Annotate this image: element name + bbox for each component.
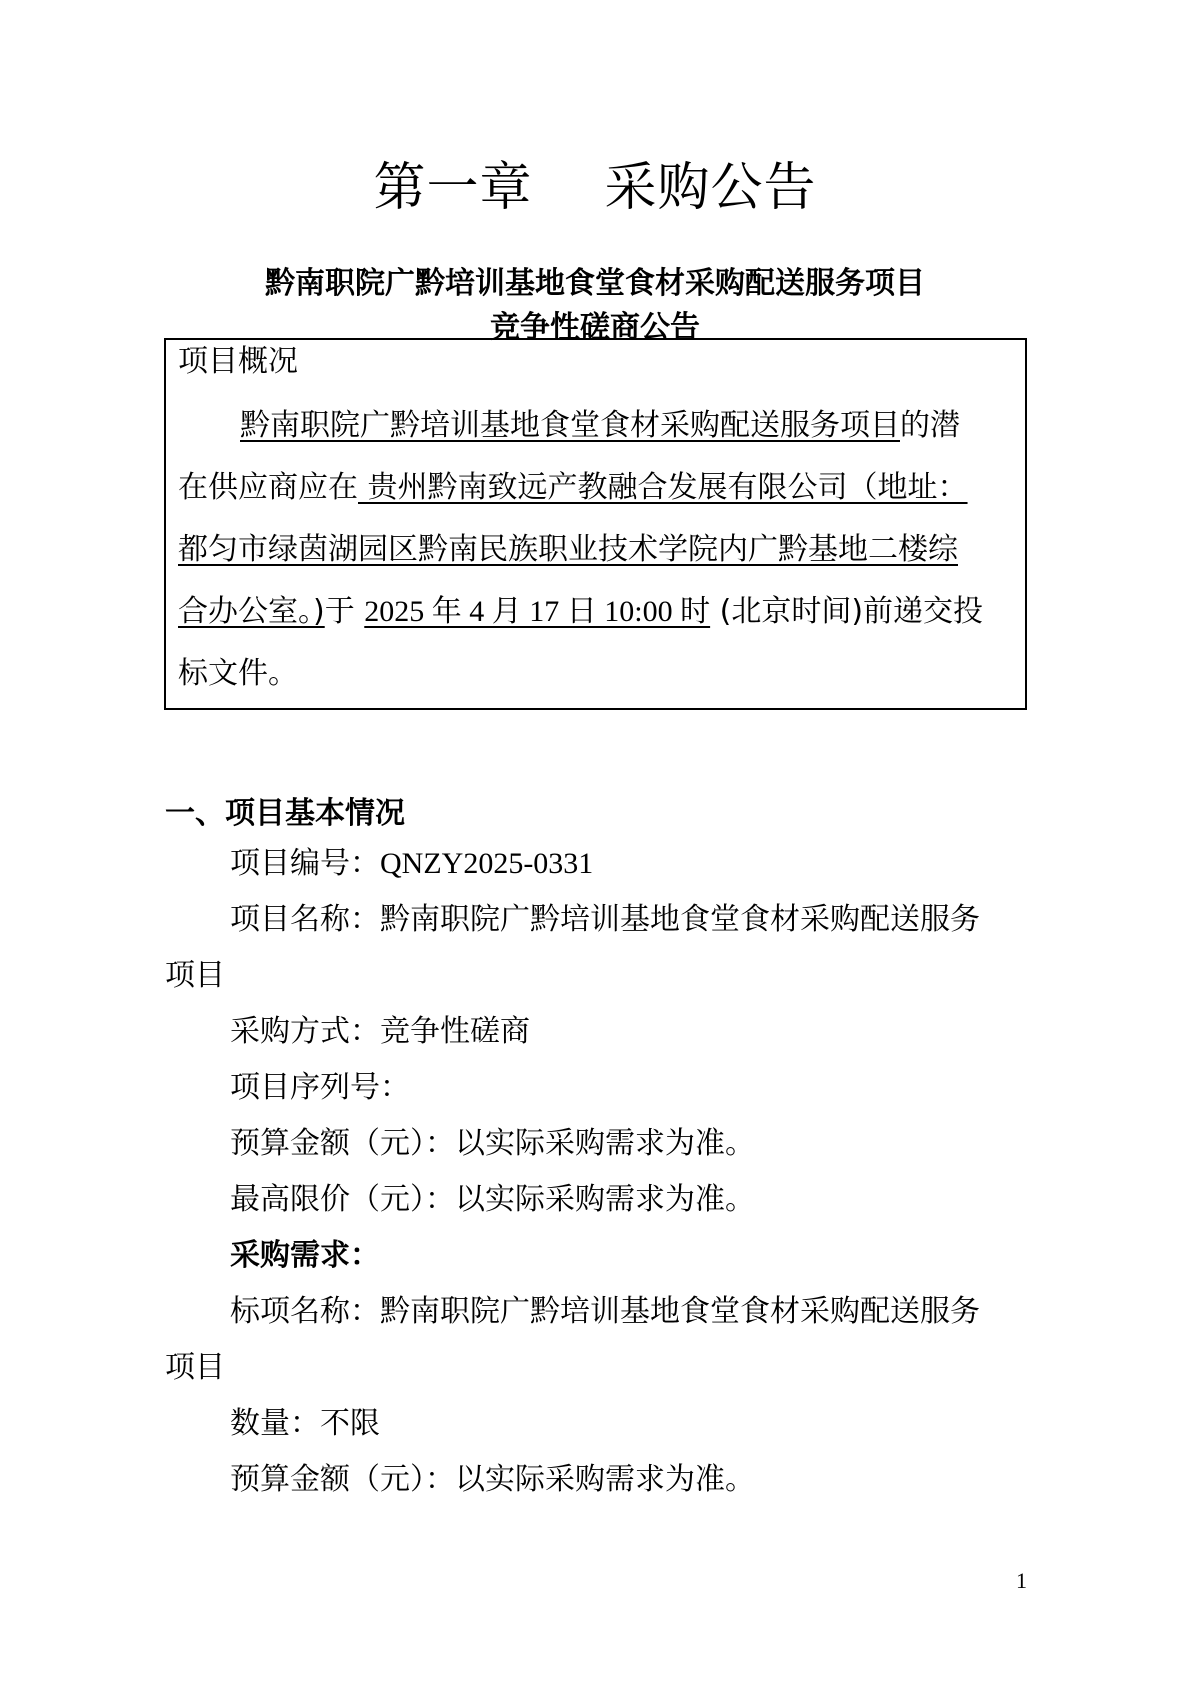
field-max-price: 最高限价（元）：以实际采购需求为准。 (230, 1182, 755, 1218)
field-project-serial: 项目序列号： (230, 1070, 410, 1106)
field-lot-budget: 预算金额（元）：以实际采购需求为准。 (230, 1462, 755, 1498)
overview-box (164, 338, 1027, 710)
page-number: 1 (1016, 1568, 1027, 1594)
overview-heading: 项目概况 (178, 344, 298, 380)
overview-line-1: 黔南职院广黔培训基地食堂食材采购配送服务项目的潜 (240, 408, 960, 444)
section-heading-basic-info: 一、项目基本情况 (165, 788, 405, 832)
field-project-name: 项目名称：黔南职院广黔培训基地食堂食材采购配送服务 (230, 902, 980, 938)
overview-line-2: 在供应商应在 贵州黔南致远产教融合发展有限公司（地址： (178, 470, 968, 506)
chapter-name: 采购公告 (605, 158, 817, 218)
deadline-underlined: 2025 年 4 月 17 日 10:00 时 (364, 595, 710, 628)
field-lot-name: 标项名称：黔南职院广黔培训基地食堂食材采购配送服务 (230, 1294, 980, 1330)
project-name-underlined: 黔南职院广黔培训基地食堂食材采购配送服务项目 (240, 408, 900, 443)
overview-line-5: 标文件。 (178, 656, 298, 692)
field-project-number: 项目编号：QNZY2025-0331 (230, 846, 593, 882)
field-procurement-method: 采购方式：竞争性磋商 (230, 1014, 530, 1050)
overview-line-3: 都匀市绿茵湖园区黔南民族职业技术学院内广黔基地二楼综 (178, 532, 958, 568)
requirements-heading: 采购需求： (230, 1238, 380, 1274)
chapter-number: 第一章 (373, 158, 532, 218)
field-quantity: 数量：不限 (230, 1406, 380, 1442)
chapter-title: 第一章采购公告 (0, 145, 1190, 220)
company-name-underlined: 贵州黔南致远产教融合发展有限公司（地址： (358, 470, 968, 505)
field-lot-name-wrap: 项目 (165, 1350, 225, 1386)
project-title-line1: 黔南职院广黔培训基地食堂食材采购配送服务项目 (0, 258, 1190, 302)
field-project-name-wrap: 项目 (165, 958, 225, 994)
field-budget: 预算金额（元）：以实际采购需求为准。 (230, 1126, 755, 1162)
address-underlined: 都匀市绿茵湖园区黔南民族职业技术学院内广黔基地二楼综 (178, 532, 958, 567)
overview-line-4: 合办公室。)于 2025 年 4 月 17 日 10:00 时 (北京时间)前递… (178, 594, 983, 630)
